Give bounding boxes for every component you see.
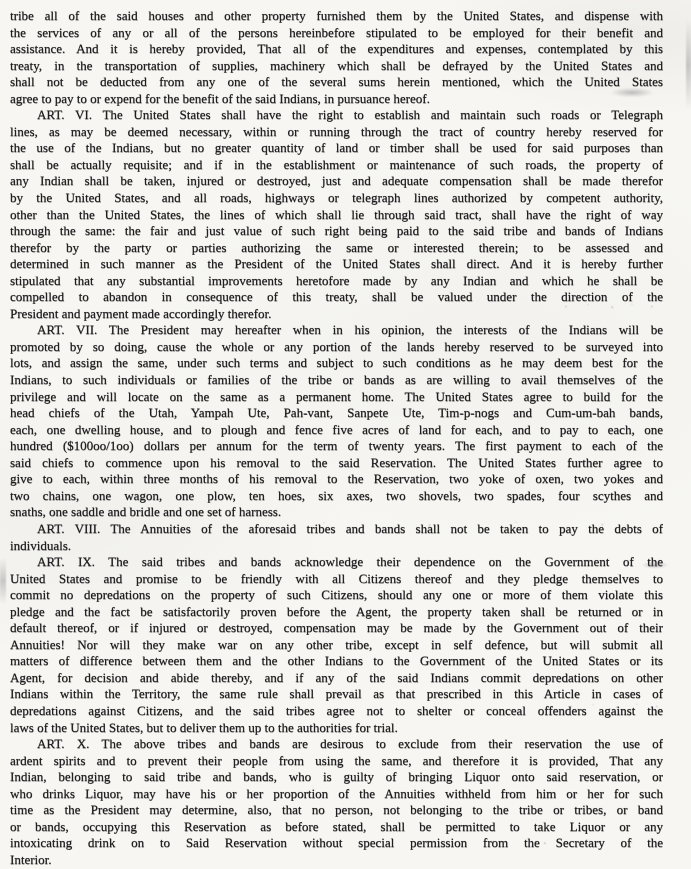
text-line: United States and promise to be friendly…	[10, 571, 663, 588]
text-line: agree to pay to or expend for the benefi…	[10, 91, 663, 108]
text-line: the services of any or all of the person…	[10, 25, 663, 42]
text-line: by the United States, and all roads, hig…	[10, 190, 663, 207]
document-text: tribe all of the said houses and other p…	[10, 8, 663, 868]
text-line: two chains, one wagon, one plow, ten hoe…	[10, 488, 663, 505]
text-line: matters of difference between them and t…	[10, 653, 663, 670]
text-line: Agent, for decision and abide thereby, a…	[10, 670, 663, 687]
text-line: determined in such manner as the Preside…	[10, 256, 663, 273]
scan-artifact	[0, 558, 6, 604]
text-line: Indians within the Territory, the same r…	[10, 686, 663, 703]
text-line: shall be actually requisite; and if in t…	[10, 157, 663, 174]
text-line: compelled to abandon in consequence of t…	[10, 289, 663, 306]
scan-artifact	[686, 20, 691, 110]
text-line: Indians, to such individuals or families…	[10, 372, 663, 389]
text-line: shall not be deducted from any one of th…	[10, 74, 663, 91]
text-line: ART. VIII. The Annuities of the aforesai…	[10, 521, 663, 538]
text-line: laws of the United States, but to delive…	[10, 720, 663, 737]
text-line: President and payment made accordingly t…	[10, 306, 663, 323]
text-line: any Indian shall be taken, injured or de…	[10, 173, 663, 190]
paragraph-art-viii: ART. VIII. The Annuities of the aforesai…	[10, 521, 663, 554]
text-line: give to each, within three months of his…	[10, 471, 663, 488]
text-line: each, one dwelling house, and to plough …	[10, 422, 663, 439]
text-line: depredations against Citizens, and the s…	[10, 703, 663, 720]
text-line: intoxicating drink on to Said Reservatio…	[10, 835, 663, 852]
text-line: lots, and assign the same, under such te…	[10, 355, 663, 372]
text-line: default thereof, or if injured or destro…	[10, 620, 663, 637]
text-line: privilege and will locate on the same as…	[10, 389, 663, 406]
text-line: through the same: the fair and just valu…	[10, 223, 663, 240]
paragraph-art-v-continuation: tribe all of the said houses and other p…	[10, 8, 663, 107]
text-line: ardent spirits and to prevent their peop…	[10, 753, 663, 770]
text-line: Indian, belonging to said tribe and band…	[10, 769, 663, 786]
text-line: ART. X. The above tribes and bands are d…	[10, 736, 663, 753]
text-line: ART. VI. The United States shall have th…	[10, 107, 663, 124]
paragraph-art-vi: ART. VI. The United States shall have th…	[10, 107, 663, 322]
text-line: other than the United States, the lines …	[10, 207, 663, 224]
paragraph-art-ix: ART. IX. The said tribes and bands ackno…	[10, 554, 663, 736]
text-line: promoted by so doing, cause the whole or…	[10, 339, 663, 356]
text-line: individuals.	[10, 538, 663, 555]
text-line: treaty, in the transportation of supplie…	[10, 58, 663, 75]
text-line: ART. VII. The President may hereafter wh…	[10, 322, 663, 339]
document-page: tribe all of the said houses and other p…	[0, 0, 691, 869]
text-line: assistance. And it is hereby provided, T…	[10, 41, 663, 58]
text-line: ART. IX. The said tribes and bands ackno…	[10, 554, 663, 571]
text-line: who drinks Liquor, may have his or her p…	[10, 786, 663, 803]
text-line: pledge and the fact be satisfactorily pr…	[10, 604, 663, 621]
paragraph-art-x: ART. X. The above tribes and bands are d…	[10, 736, 663, 868]
text-line: Interior.	[10, 852, 663, 869]
text-line: the use of the Indians, but no greater q…	[10, 140, 663, 157]
text-line: or bands, occupying this Reservation as …	[10, 819, 663, 836]
text-line: lines, as may be deemed necessary, withi…	[10, 124, 663, 141]
text-line: therefor by the party or parties authori…	[10, 240, 663, 257]
text-line: time as the President may determine, als…	[10, 802, 663, 819]
paragraph-art-vii: ART. VII. The President may hereafter wh…	[10, 322, 663, 521]
text-line: hundred ($100oo/1oo) dollars per annum f…	[10, 438, 663, 455]
text-line: tribe all of the said houses and other p…	[10, 8, 663, 25]
text-line: commit no depredations on the property o…	[10, 587, 663, 604]
text-line: snaths, one saddle and bridle and one se…	[10, 504, 663, 521]
text-line: head chiefs of the Utah, Yampah Ute, Pah…	[10, 405, 663, 422]
text-line: stipulated that any substantial improvem…	[10, 273, 663, 290]
text-line: Annuities! Nor will they make war on any…	[10, 637, 663, 654]
text-line: said chiefs to commence upon his removal…	[10, 455, 663, 472]
